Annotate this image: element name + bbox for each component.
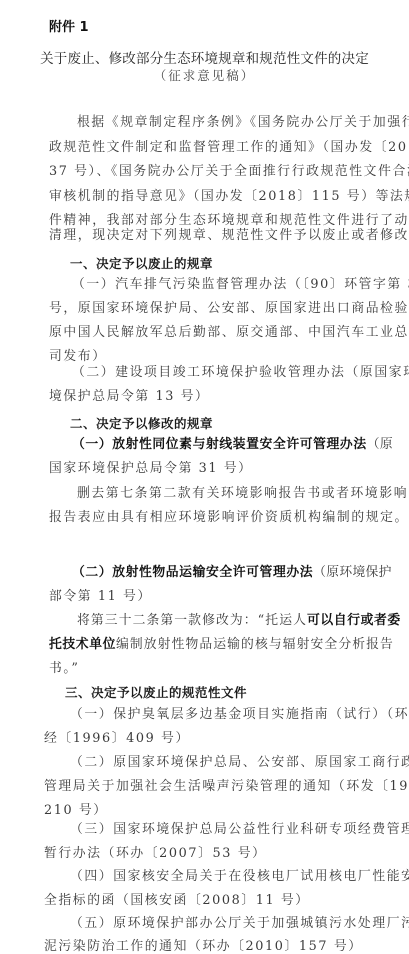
section2-item1-body: 报告表应由具有相应环境影响评价资质机构编制的规定。 bbox=[49, 510, 353, 526]
document-page: 附件 1 关于废止、修改部分生态环境规章和规范性文件的决定 （征求意见稿） 根据… bbox=[0, 0, 409, 954]
section3-item-line: 管理局关于加强社会生活噪声污染管理的通知（环发〔1999〕 bbox=[44, 779, 349, 795]
intro-line: 根据《规章制定程序条例》《国务院办公厅关于加强行 bbox=[77, 115, 353, 131]
body-text: 将第三十二条第一款修改为：“托运人 bbox=[77, 613, 307, 628]
section2-item2-line: 部令第 11 号） bbox=[49, 589, 353, 605]
section3-item-line: （二）原国家环境保护总局、公安部、原国家工商行政 bbox=[70, 755, 351, 771]
section2-item2-body: 托技术单位编制放射性物品运输的核与辐射安全分析报告 bbox=[49, 637, 353, 653]
section1-item1-line: 原中国人民解放军总后勤部、原交通部、中国汽车工业总公 bbox=[49, 325, 353, 341]
section2-item1-line: 国家环境保护总局令第 31 号） bbox=[49, 461, 353, 477]
section2-item1-title: （一）放射性同位素与射线装置安全许可管理办法（原 bbox=[72, 437, 353, 453]
section1-item2-line: （二）建设项目竣工环境保护验收管理办法（原国家环 bbox=[72, 365, 353, 381]
intro-line: 清理，现决定对下列规章、规范性文件予以废止或者修改： bbox=[49, 228, 353, 244]
section-heading-amend-regulations: 二、决定予以修改的规章 bbox=[70, 414, 213, 432]
section3-item-line: 全指标的函（国核安函〔2008〕11 号） bbox=[44, 893, 348, 909]
section3-item-line: 经〔1996〕409 号） bbox=[44, 731, 348, 747]
regulation-title-suffix: （原环境保护 bbox=[313, 565, 392, 580]
body-text-bold: 可以自行或者委 bbox=[307, 613, 401, 628]
section3-item-line: 210 号） bbox=[44, 803, 348, 819]
section3-item-line: （四）国家核安全局关于在役核电厂试用核电厂性能安 bbox=[70, 869, 351, 885]
section1-item1-line: 号，原国家环境保护局、公安部、原国家进出口商品检验局、 bbox=[49, 301, 353, 317]
section2-item2-body: 书。” bbox=[49, 661, 353, 677]
section3-item-line: 泥污染防治工作的通知（环办〔2010〕157 号） bbox=[44, 939, 348, 954]
section3-item-line: （三）国家环境保护总局公益性行业科研专项经费管理 bbox=[70, 822, 351, 838]
section1-item2-line: 境保护总局令第 13 号） bbox=[49, 389, 353, 405]
section2-item2-body: 将第三十二条第一款修改为：“托运人可以自行或者委 bbox=[77, 613, 353, 629]
intro-line: 37 号）、《国务院办公厅关于全面推行行政规范性文件合法性 bbox=[49, 164, 353, 180]
document-subtitle: （征求意见稿） bbox=[0, 66, 409, 84]
section-heading-abolish-regulations: 一、决定予以废止的规章 bbox=[70, 254, 213, 272]
regulation-title-bold: （一）放射性同位素与射线装置安全许可管理办法 bbox=[72, 437, 367, 452]
intro-line: 件精神，我部对部分生态环境规章和规范性文件进行了动态 bbox=[49, 213, 353, 229]
attachment-label: 附件 1 bbox=[49, 16, 89, 35]
section1-item1-line: 司发布） bbox=[49, 349, 353, 365]
section3-item-line: （一）保护臭氧层多边基金项目实施指南（试行）（环 bbox=[70, 707, 351, 723]
section-heading-abolish-normative-docs: 三、决定予以废止的规范性文件 bbox=[65, 683, 247, 701]
section2-item2-title: （二）放射性物品运输安全许可管理办法（原环境保护 bbox=[72, 565, 353, 581]
body-text: 编制放射性物品运输的核与辐射安全分析报告 bbox=[116, 637, 394, 652]
body-text-bold: 托技术单位 bbox=[49, 637, 116, 652]
section3-item-line: 暂行办法（环办〔2007〕53 号） bbox=[44, 846, 348, 862]
intro-line: 审核机制的指导意见》（国办发〔2018〕115 号）等法规和文 bbox=[49, 189, 353, 205]
regulation-title-suffix: （原 bbox=[367, 437, 393, 452]
section2-item1-body: 删去第七条第二款有关环境影响报告书或者环境影响 bbox=[77, 486, 353, 502]
intro-line: 政规范性文件制定和监督管理工作的通知》（国办发〔2018〕 bbox=[49, 140, 353, 156]
section3-item-line: （五）原环境保护部办公厅关于加强城镇污水处理厂污 bbox=[70, 916, 351, 932]
document-title: 关于废止、修改部分生态环境规章和规范性文件的决定 bbox=[0, 47, 409, 67]
regulation-title-bold: （二）放射性物品运输安全许可管理办法 bbox=[72, 565, 313, 580]
section1-item1-line: （一）汽车排气污染监督管理办法（〔90〕环管字第 359 bbox=[72, 277, 353, 293]
